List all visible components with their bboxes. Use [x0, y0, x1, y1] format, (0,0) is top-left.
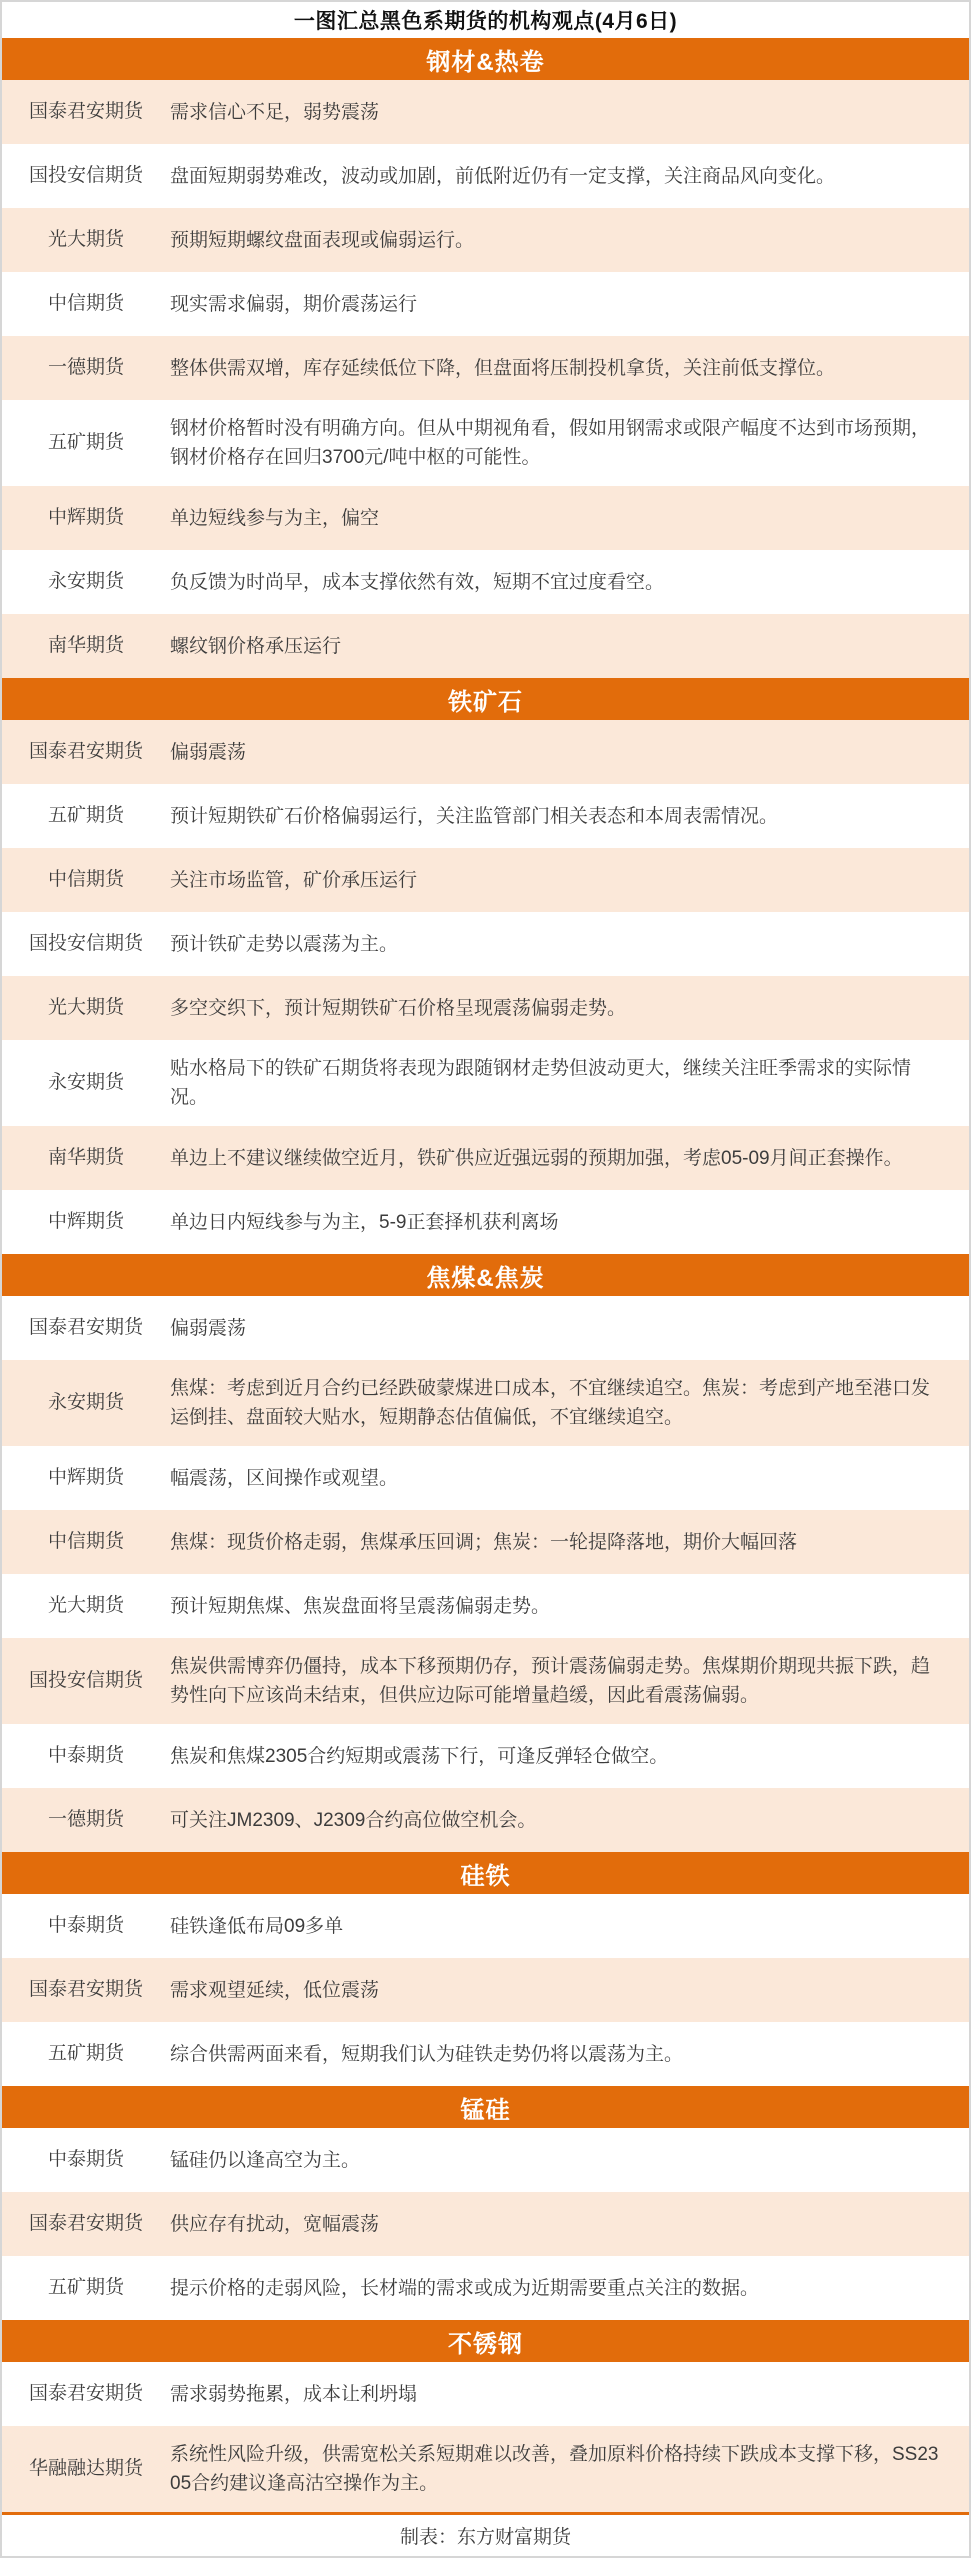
opinion-row: 中辉期货 单边短线参与为主，偏空 [2, 486, 969, 550]
opinion-text: 需求观望延续，低位震荡 [170, 1958, 969, 2022]
opinion-row: 五矿期货 综合供需两面来看，短期我们认为硅铁走势仍将以震荡为主。 [2, 2022, 969, 2086]
opinion-row: 永安期货 焦煤：考虑到近月合约已经跌破蒙煤进口成本，不宜继续追空。焦炭：考虑到产… [2, 1360, 969, 1446]
institution-name: 中信期货 [2, 1510, 170, 1574]
opinion-row: 五矿期货 提示价格的走弱风险，长材端的需求或成为近期需要重点关注的数据。 [2, 2256, 969, 2320]
opinion-text: 螺纹钢价格承压运行 [170, 614, 969, 678]
institution-name: 永安期货 [2, 1360, 170, 1446]
opinion-text: 整体供需双增，库存延续低位下降，但盘面将压制投机拿货，关注前低支撑位。 [170, 336, 969, 400]
opinion-row: 国投安信期货 焦炭供需博弈仍僵持，成本下移预期仍存，预计震荡偏弱走势。焦煤期价期… [2, 1638, 969, 1724]
footer-bar: 制表：东方财富期货 [2, 2512, 969, 2556]
commodity-section: 锰硅 中泰期货 锰硅仍以逢高空为主。 国泰君安期货 供应存有扰动，宽幅震荡 五矿… [2, 2086, 969, 2320]
institution-name: 南华期货 [2, 614, 170, 678]
section-rows: 中泰期货 锰硅仍以逢高空为主。 国泰君安期货 供应存有扰动，宽幅震荡 五矿期货 … [2, 2128, 969, 2320]
opinion-row: 国投安信期货 盘面短期弱势难改，波动或加剧，前低附近仍有一定支撑，关注商品风向变… [2, 144, 969, 208]
section-title: 钢材&热卷 [426, 42, 544, 77]
institution-name: 中信期货 [2, 272, 170, 336]
opinion-row: 一德期货 可关注JM2309、J2309合约高位做空机会。 [2, 1788, 969, 1852]
section-title: 焦煤&焦炭 [426, 1258, 544, 1293]
section-rows: 国泰君安期货 需求弱势拖累，成本让利坍塌 华融融达期货 系统性风险升级，供需宽松… [2, 2362, 969, 2512]
commodity-section: 铁矿石 国泰君安期货 偏弱震荡 五矿期货 预计短期铁矿石价格偏弱运行，关注监管部… [2, 678, 969, 1254]
opinion-row: 华融融达期货 系统性风险升级，供需宽松关系短期难以改善，叠加原料价格持续下跌成本… [2, 2426, 969, 2512]
institution-name: 中泰期货 [2, 2128, 170, 2192]
institution-name: 光大期货 [2, 208, 170, 272]
section-title: 锰硅 [461, 2090, 511, 2125]
opinion-text: 多空交织下，预计短期铁矿石价格呈现震荡偏弱走势。 [170, 976, 969, 1040]
opinion-row: 光大期货 多空交织下，预计短期铁矿石价格呈现震荡偏弱走势。 [2, 976, 969, 1040]
section-rows: 中泰期货 硅铁逢低布局09多单 国泰君安期货 需求观望延续，低位震荡 五矿期货 … [2, 1894, 969, 2086]
institution-name: 国投安信期货 [2, 144, 170, 208]
section-title: 不锈钢 [448, 2324, 523, 2359]
commodity-section: 不锈钢 国泰君安期货 需求弱势拖累，成本让利坍塌 华融融达期货 系统性风险升级，… [2, 2320, 969, 2512]
opinion-row: 中辉期货 幅震荡，区间操作或观望。 [2, 1446, 969, 1510]
opinion-row: 南华期货 单边上不建议继续做空近月，铁矿供应近强远弱的预期加强，考虑05-09月… [2, 1126, 969, 1190]
opinion-text: 盘面短期弱势难改，波动或加剧，前低附近仍有一定支撑，关注商品风向变化。 [170, 144, 969, 208]
opinion-text: 提示价格的走弱风险，长材端的需求或成为近期需要重点关注的数据。 [170, 2256, 969, 2320]
opinion-row: 五矿期货 钢材价格暂时没有明确方向。但从中期视角看，假如用钢需求或限产幅度不达到… [2, 400, 969, 486]
section-header: 硅铁 [2, 1852, 969, 1894]
section-header: 铁矿石 [2, 678, 969, 720]
institution-name: 国泰君安期货 [2, 1296, 170, 1360]
opinion-row: 国泰君安期货 需求信心不足，弱势震荡 [2, 80, 969, 144]
opinion-row: 国泰君安期货 偏弱震荡 [2, 1296, 969, 1360]
opinion-row: 一德期货 整体供需双增，库存延续低位下降，但盘面将压制投机拿货，关注前低支撑位。 [2, 336, 969, 400]
institution-name: 国泰君安期货 [2, 2192, 170, 2256]
institution-name: 一德期货 [2, 1788, 170, 1852]
section-rows: 国泰君安期货 需求信心不足，弱势震荡 国投安信期货 盘面短期弱势难改，波动或加剧… [2, 80, 969, 678]
opinion-row: 国泰君安期货 供应存有扰动，宽幅震荡 [2, 2192, 969, 2256]
opinion-row: 永安期货 负反馈为时尚早，成本支撑依然有效，短期不宜过度看空。 [2, 550, 969, 614]
institution-name: 国投安信期货 [2, 912, 170, 976]
commodity-section: 硅铁 中泰期货 硅铁逢低布局09多单 国泰君安期货 需求观望延续，低位震荡 五矿… [2, 1852, 969, 2086]
institution-name: 五矿期货 [2, 2256, 170, 2320]
opinion-row: 国泰君安期货 偏弱震荡 [2, 720, 969, 784]
opinion-text: 单边日内短线参与为主，5-9正套择机获利离场 [170, 1190, 969, 1254]
opinion-row: 中泰期货 锰硅仍以逢高空为主。 [2, 2128, 969, 2192]
opinion-text: 可关注JM2309、J2309合约高位做空机会。 [170, 1788, 969, 1852]
opinion-row: 中辉期货 单边日内短线参与为主，5-9正套择机获利离场 [2, 1190, 969, 1254]
opinion-text: 预计短期铁矿石价格偏弱运行，关注监管部门相关表态和本周表需情况。 [170, 784, 969, 848]
institution-name: 光大期货 [2, 976, 170, 1040]
opinion-text: 系统性风险升级，供需宽松关系短期难以改善，叠加原料价格持续下跌成本支撑下移，SS… [170, 2426, 969, 2512]
opinion-row: 永安期货 贴水格局下的铁矿石期货将表现为跟随钢材走势但波动更大，继续关注旺季需求… [2, 1040, 969, 1126]
opinion-text: 焦炭和焦煤2305合约短期或震荡下行，可逢反弹轻仓做空。 [170, 1724, 969, 1788]
institution-name: 国泰君安期货 [2, 2362, 170, 2426]
institution-name: 中泰期货 [2, 1894, 170, 1958]
opinion-text: 需求信心不足，弱势震荡 [170, 80, 969, 144]
footer-credit-text: 制表：东方财富期货 [400, 2522, 571, 2549]
sections-container: 钢材&热卷 国泰君安期货 需求信心不足，弱势震荡 国投安信期货 盘面短期弱势难改… [2, 38, 969, 2512]
opinion-row: 国泰君安期货 需求弱势拖累，成本让利坍塌 [2, 2362, 969, 2426]
institution-name: 光大期货 [2, 1574, 170, 1638]
section-header: 钢材&热卷 [2, 38, 969, 80]
opinion-text: 贴水格局下的铁矿石期货将表现为跟随钢材走势但波动更大，继续关注旺季需求的实际情况… [170, 1040, 969, 1126]
institution-name: 五矿期货 [2, 2022, 170, 2086]
opinion-text: 焦煤：现货价格走弱，焦煤承压回调；焦炭：一轮提降落地，期价大幅回落 [170, 1510, 969, 1574]
opinion-text: 现实需求偏弱，期价震荡运行 [170, 272, 969, 336]
opinion-text: 单边短线参与为主，偏空 [170, 486, 969, 550]
institution-name: 五矿期货 [2, 784, 170, 848]
institution-name: 一德期货 [2, 336, 170, 400]
opinion-text: 负反馈为时尚早，成本支撑依然有效，短期不宜过度看空。 [170, 550, 969, 614]
institution-name: 国泰君安期货 [2, 1958, 170, 2022]
page-title: 一图汇总黑色系期货的机构观点(4月6日) [294, 5, 677, 35]
opinion-text: 综合供需两面来看，短期我们认为硅铁走势仍将以震荡为主。 [170, 2022, 969, 2086]
opinion-text: 偏弱震荡 [170, 720, 969, 784]
institution-name: 南华期货 [2, 1126, 170, 1190]
section-rows: 国泰君安期货 偏弱震荡 永安期货 焦煤：考虑到近月合约已经跌破蒙煤进口成本，不宜… [2, 1296, 969, 1852]
opinion-row: 中信期货 现实需求偏弱，期价震荡运行 [2, 272, 969, 336]
commodity-section: 钢材&热卷 国泰君安期货 需求信心不足，弱势震荡 国投安信期货 盘面短期弱势难改… [2, 38, 969, 678]
opinion-text: 单边上不建议继续做空近月，铁矿供应近强远弱的预期加强，考虑05-09月间正套操作… [170, 1126, 969, 1190]
opinion-text: 偏弱震荡 [170, 1296, 969, 1360]
opinion-text: 需求弱势拖累，成本让利坍塌 [170, 2362, 969, 2426]
opinion-row: 中泰期货 硅铁逢低布局09多单 [2, 1894, 969, 1958]
institution-name: 国泰君安期货 [2, 80, 170, 144]
opinion-row: 国投安信期货 预计铁矿走势以震荡为主。 [2, 912, 969, 976]
institution-name: 中辉期货 [2, 486, 170, 550]
opinion-row: 光大期货 预期短期螺纹盘面表现或偏弱运行。 [2, 208, 969, 272]
opinion-row: 光大期货 预计短期焦煤、焦炭盘面将呈震荡偏弱走势。 [2, 1574, 969, 1638]
opinion-row: 中信期货 焦煤：现货价格走弱，焦煤承压回调；焦炭：一轮提降落地，期价大幅回落 [2, 1510, 969, 1574]
opinion-text: 预期短期螺纹盘面表现或偏弱运行。 [170, 208, 969, 272]
opinion-text: 钢材价格暂时没有明确方向。但从中期视角看，假如用钢需求或限产幅度不达到市场预期，… [170, 400, 969, 486]
institution-name: 中泰期货 [2, 1724, 170, 1788]
institution-name: 永安期货 [2, 550, 170, 614]
opinion-text: 预计短期焦煤、焦炭盘面将呈震荡偏弱走势。 [170, 1574, 969, 1638]
opinion-text: 预计铁矿走势以震荡为主。 [170, 912, 969, 976]
opinion-text: 幅震荡，区间操作或观望。 [170, 1446, 969, 1510]
opinion-text: 硅铁逢低布局09多单 [170, 1894, 969, 1958]
title-bar: 一图汇总黑色系期货的机构观点(4月6日) [2, 2, 969, 38]
opinion-row: 国泰君安期货 需求观望延续，低位震荡 [2, 1958, 969, 2022]
section-title: 铁矿石 [448, 682, 523, 717]
opinion-text: 供应存有扰动，宽幅震荡 [170, 2192, 969, 2256]
opinion-row: 南华期货 螺纹钢价格承压运行 [2, 614, 969, 678]
section-rows: 国泰君安期货 偏弱震荡 五矿期货 预计短期铁矿石价格偏弱运行，关注监管部门相关表… [2, 720, 969, 1254]
opinion-text: 锰硅仍以逢高空为主。 [170, 2128, 969, 2192]
opinion-row: 五矿期货 预计短期铁矿石价格偏弱运行，关注监管部门相关表态和本周表需情况。 [2, 784, 969, 848]
opinion-row: 中泰期货 焦炭和焦煤2305合约短期或震荡下行，可逢反弹轻仓做空。 [2, 1724, 969, 1788]
institution-name: 华融融达期货 [2, 2426, 170, 2512]
opinion-text: 焦炭供需博弈仍僵持，成本下移预期仍存，预计震荡偏弱走势。焦煤期价期现共振下跌，趋… [170, 1638, 969, 1724]
institution-name: 中信期货 [2, 848, 170, 912]
institution-name: 中辉期货 [2, 1190, 170, 1254]
institution-name: 中辉期货 [2, 1446, 170, 1510]
section-title: 硅铁 [461, 1856, 511, 1891]
opinion-row: 中信期货 关注市场监管，矿价承压运行 [2, 848, 969, 912]
commodity-section: 焦煤&焦炭 国泰君安期货 偏弱震荡 永安期货 焦煤：考虑到近月合约已经跌破蒙煤进… [2, 1254, 969, 1852]
opinion-text: 焦煤：考虑到近月合约已经跌破蒙煤进口成本，不宜继续追空。焦炭：考虑到产地至港口发… [170, 1360, 969, 1446]
infographic-page: 一图汇总黑色系期货的机构观点(4月6日) 钢材&热卷 国泰君安期货 需求信心不足… [0, 0, 971, 2558]
section-header: 锰硅 [2, 2086, 969, 2128]
opinion-text: 关注市场监管，矿价承压运行 [170, 848, 969, 912]
institution-name: 国投安信期货 [2, 1638, 170, 1724]
institution-name: 永安期货 [2, 1040, 170, 1126]
institution-name: 五矿期货 [2, 400, 170, 486]
section-header: 焦煤&焦炭 [2, 1254, 969, 1296]
institution-name: 国泰君安期货 [2, 720, 170, 784]
section-header: 不锈钢 [2, 2320, 969, 2362]
